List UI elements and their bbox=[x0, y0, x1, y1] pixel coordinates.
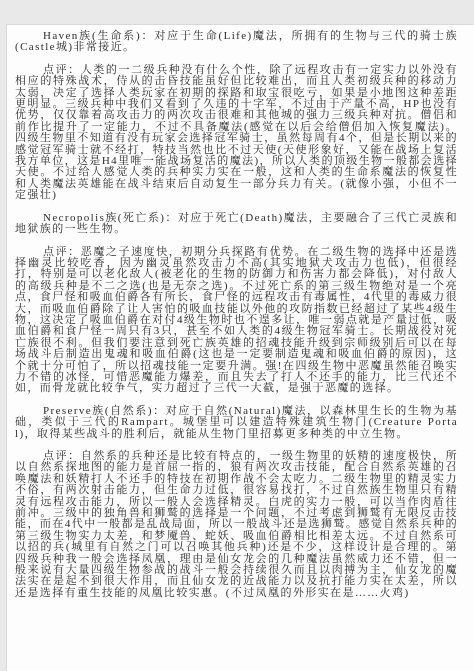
document-page: Haven族(生命系)：对应于生命(Life)魔法，所拥有的生物与三代的骑士族(… bbox=[7, 25, 474, 671]
document-viewer: { "page": { "background_color": "#e9e9e9… bbox=[0, 0, 474, 671]
viewer-background-left bbox=[0, 0, 7, 671]
paragraph-preserve-review: 点评：自然系的兵种还是比较有特点的，一级生物里的妖精的速度极快，所以自然系探地图… bbox=[15, 451, 458, 599]
paragraph-preserve-header: Preserve族(自然系)：对应于自然(Natural)魔法，以森林里生长的生… bbox=[15, 406, 458, 440]
paragraph-necropolis-header: Necropolis族(死亡系)：对应于死亡(Death)魔法，主要融合了三代亡… bbox=[15, 213, 458, 236]
viewer-background-top bbox=[0, 0, 474, 26]
paragraph-haven-header: Haven族(生命系)：对应于生命(Life)魔法，所拥有的生物与三代的骑士族(… bbox=[15, 31, 458, 54]
paragraph-necropolis-review: 点评：恶魔之子速度快，初期分兵探路有优势。在二级生物的选择中还是选择幽灵比较吃香… bbox=[15, 247, 458, 395]
paragraph-haven-review: 点评：人类的一二级兵种没有什么个性，除了远程攻击有一定实力以外没有相应的特殊战术… bbox=[15, 65, 458, 202]
document-content: Haven族(生命系)：对应于生命(Life)魔法，所拥有的生物与三代的骑士族(… bbox=[7, 25, 474, 671]
